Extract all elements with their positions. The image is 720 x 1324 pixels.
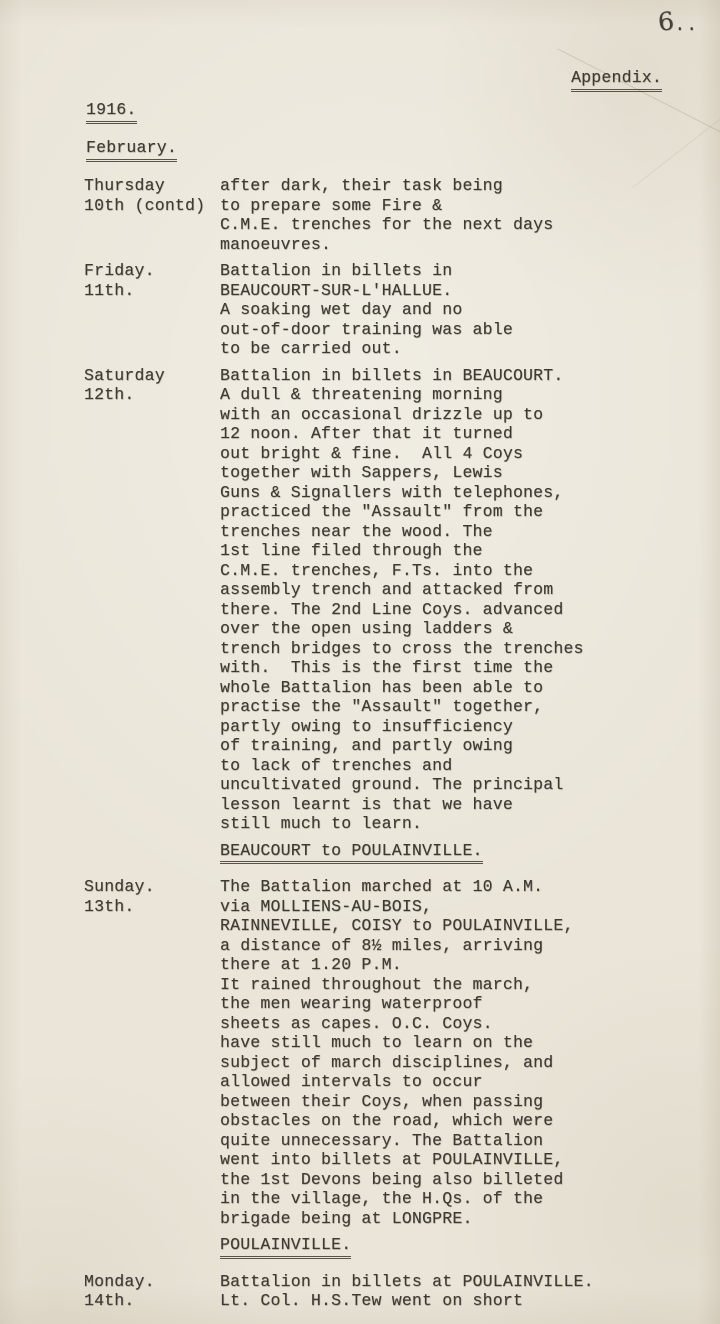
body-line: sheets as capes. O.C. Coys. [220,1014,704,1034]
body-line: partly owing to insufficiency [220,717,704,737]
page-number: 6.. [658,12,698,37]
date-line: Friday. [84,261,220,281]
appendix-label: Appendix. [571,68,662,92]
body-line: there. The 2nd Line Coys. advanced [220,600,704,620]
body-line: have still much to learn on the [220,1033,704,1053]
date-line: Sunday. [84,877,220,897]
diary-blocks: Thursday10th (contd)after dark, their ta… [84,176,704,1318]
date-line: Monday. [84,1272,220,1292]
body-line: over the open using ladders & [220,619,704,639]
body-line: 12 noon. After that it turned [220,424,704,444]
year-heading: 1916. [86,100,137,124]
entry-date: Friday.11th. [84,261,220,359]
diary-entry: Thursday10th (contd)after dark, their ta… [84,176,704,254]
body-line: went into billets at POULAINVILLE, [220,1150,704,1170]
body-line: to be carried out. [220,339,704,359]
body-line: C.M.E. trenches, F.Ts. into the [220,561,704,581]
date-line: Saturday [84,366,220,386]
body-line: Battalion in billets in [220,261,704,281]
body-line: together with Sappers, Lewis [220,463,704,483]
body-line: brigade being at LONGPRE. [220,1209,704,1229]
entry-body: Battalion in billets in BEAUCOURT.A dull… [220,366,704,834]
document-page: 6.. Appendix. 1916. February. Thursday10… [0,0,720,1324]
body-line: quite unnecessary. The Battalion [220,1131,704,1151]
section-heading: POULAINVILLE. [220,1235,351,1259]
body-line: allowed intervals to occur [220,1072,704,1092]
body-line: with. This is the first time the [220,658,704,678]
date-line: 13th. [84,897,220,917]
page-number-dots: .. [674,16,698,36]
body-line: A soaking wet day and no [220,300,704,320]
body-line: of training, and partly owing [220,736,704,756]
diary-entry: Sunday.13th.The Battalion marched at 10 … [84,877,704,1228]
diary-entry: Friday.11th.Battalion in billets inBEAUC… [84,261,704,359]
body-line: whole Battalion has been able to [220,678,704,698]
body-line: still much to learn. [220,814,704,834]
body-line: C.M.E. trenches for the next days [220,215,704,235]
entry-date: Sunday.13th. [84,877,220,1228]
body-line: practiced the "Assault" from the [220,502,704,522]
body-line: there at 1.20 P.M. [220,955,704,975]
diary-entry: Saturday12th.Battalion in billets in BEA… [84,366,704,834]
body-line: trench bridges to cross the trenches [220,639,704,659]
body-line: practise the "Assault" together, [220,697,704,717]
month-heading: February. [86,138,177,162]
page-number-digit: 6 [657,11,675,32]
body-line: the 1st Devons being also billeted [220,1170,704,1190]
body-line: trenches near the wood. The [220,522,704,542]
body-line: assembly trench and attacked from [220,580,704,600]
body-line: to lack of trenches and [220,756,704,776]
entry-body: The Battalion marched at 10 A.M.via MOLL… [220,877,704,1228]
body-line: 1st line filed through the [220,541,704,561]
body-line: obstacles on the road, which were [220,1111,704,1131]
body-line: via MOLLIENS-AU-BOIS, [220,897,704,917]
section-heading: BEAUCOURT to POULAINVILLE. [220,841,483,865]
date-line: 12th. [84,385,220,405]
body-line: Guns & Signallers with telephones, [220,483,704,503]
entry-body: Battalion in billets inBEAUCOURT-SUR-L'H… [220,261,704,359]
paper-crease [557,48,720,144]
body-line: to prepare some Fire & [220,196,704,216]
body-line: RAINNEVILLE, COISY to POULAINVILLE, [220,916,704,936]
entry-date: Monday.14th. [84,1272,220,1311]
diary-entry: Monday.14th.Battalion in billets at POUL… [84,1272,704,1311]
entry-body: after dark, their task beingto prepare s… [220,176,704,254]
body-line: The Battalion marched at 10 A.M. [220,877,704,897]
body-line: with an occasional drizzle up to [220,405,704,425]
body-line: Battalion in billets at POULAINVILLE. [220,1272,704,1292]
body-line: subject of march disciplines, and [220,1053,704,1073]
body-line: uncultivated ground. The principal [220,775,704,795]
body-line: the men wearing waterproof [220,994,704,1014]
body-line: manoeuvres. [220,235,704,255]
body-line: a distance of 8½ miles, arriving [220,936,704,956]
body-line: in the village, the H.Qs. of the [220,1189,704,1209]
body-line: It rained throughout the march, [220,975,704,995]
body-line: Lt. Col. H.S.Tew went on short [220,1291,704,1311]
body-line: lesson learnt is that we have [220,795,704,815]
body-line: BEAUCOURT-SUR-L'HALLUE. [220,281,704,301]
body-line: out-of-door training was able [220,320,704,340]
date-line: 14th. [84,1291,220,1311]
entry-date: Saturday12th. [84,366,220,834]
date-line: Thursday [84,176,220,196]
body-line: after dark, their task being [220,176,704,196]
date-line: 11th. [84,281,220,301]
body-line: A dull & threatening morning [220,385,704,405]
date-line: 10th (contd) [84,196,220,216]
body-line: Battalion in billets in BEAUCOURT. [220,366,704,386]
entry-date: Thursday10th (contd) [84,176,220,254]
body-line: between their Coys, when passing [220,1092,704,1112]
entry-body: Battalion in billets at POULAINVILLE.Lt.… [220,1272,704,1311]
body-line: out bright & fine. All 4 Coys [220,444,704,464]
